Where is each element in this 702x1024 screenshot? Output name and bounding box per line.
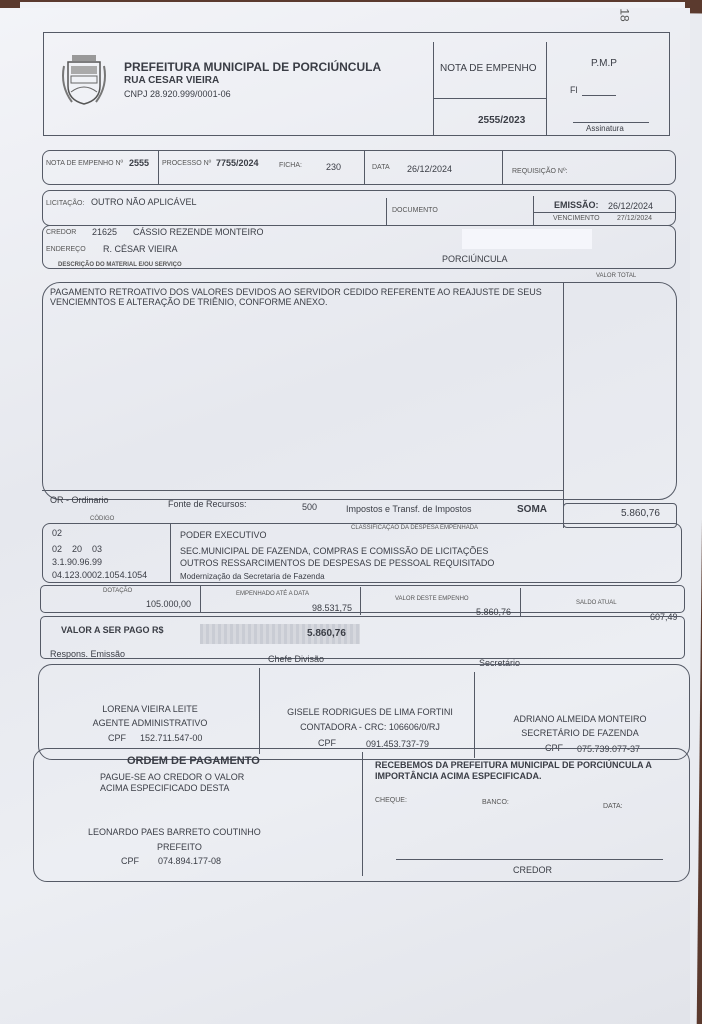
emissao-value: 26/12/2024: [608, 201, 653, 211]
signer-name: ADRIANO ALMEIDA MONTEIRO: [480, 714, 680, 724]
divider: [200, 585, 201, 613]
saldo-label: SALDO ATUAL: [576, 600, 617, 606]
fl-line: [582, 95, 616, 96]
documento-label: DOCUMENTO: [392, 207, 438, 214]
cheque-label: CHEQUE:: [375, 797, 407, 804]
class-desc: SEC.MUNICIPAL DE FAZENDA, COMPRAS E COMI…: [180, 546, 488, 556]
banco-label: BANCO:: [482, 799, 509, 806]
ficha-label: FICHA:: [279, 162, 302, 169]
values-box: [40, 585, 685, 613]
divider: [360, 587, 361, 615]
org-address: RUA CESAR VIEIRA: [124, 75, 219, 86]
dotacao-label: DOTAÇÃO: [103, 588, 132, 594]
municipal-crest-icon: [58, 52, 110, 108]
nota-value: 2555: [129, 158, 149, 168]
endereco-label: ENDEREÇO: [46, 246, 86, 253]
divider: [259, 668, 260, 754]
signature-label: Assinatura: [586, 124, 624, 133]
divider: [520, 588, 521, 616]
soma-label: SOMA: [517, 504, 547, 515]
valor-deste-label: VALOR DESTE EMPENHO: [395, 596, 469, 602]
endereco-value: R. CÉSAR VIEIRA: [103, 244, 178, 254]
credor-sig-label: CREDOR: [513, 865, 552, 875]
prefeito-cpf: 074.894.177-08: [158, 856, 221, 866]
description-box: [42, 282, 677, 500]
divider: [386, 198, 387, 226]
emissao-label: EMISSÃO:: [554, 200, 599, 210]
fonte-tipo: OR - Ordinario: [50, 495, 109, 505]
cpf-label: CPF: [318, 738, 336, 748]
licitacao-value: OUTRO NÃO APLICÁVEL: [91, 197, 197, 207]
signature-line: [573, 122, 649, 123]
signer-cpf: 152.711.547-00: [140, 733, 202, 743]
payment-box: [40, 616, 685, 659]
doc-type: NOTA DE EMPENHO: [440, 63, 537, 74]
class-desc: OUTROS RESSARCIMENTOS DE DESPESAS DE PES…: [180, 558, 494, 568]
ordem-text: PAGUE-SE AO CREDOR O VALOR ACIMA ESPECIF…: [100, 772, 250, 794]
requisicao-label: REQUISIÇÃO Nº:: [512, 168, 567, 175]
fonte-desc: Impostos e Transf. de Impostos: [346, 504, 472, 514]
codigo-label: CÓDIGO: [90, 516, 114, 522]
signer-role: SECRETÁRIO DE FAZENDA: [480, 728, 680, 738]
empenhado-value: 98.531,75: [312, 603, 352, 613]
dotacao-value: 105.000,00: [146, 599, 191, 609]
processo-label: PROCESSO Nº: [162, 160, 211, 167]
signer-name: LORENA VIEIRA LEITE: [60, 704, 240, 714]
class-desc: PODER EXECUTIVO: [180, 530, 267, 540]
ficha-value: 230: [326, 162, 341, 172]
divider: [502, 150, 503, 185]
credor-name: CÁSSIO REZENDE MONTEIRO: [133, 227, 264, 237]
divider: [433, 98, 546, 99]
empenhado-label: EMPENHADO ATÉ A DATA: [236, 591, 309, 597]
processo-value: 7755/2024: [216, 158, 259, 168]
payment-label: VALOR A SER PAGO R$: [61, 625, 164, 635]
divider: [563, 283, 564, 528]
credor-code: 21625: [92, 227, 117, 237]
signer-name: GISELE RODRIGUES DE LIMA FORTINI: [270, 707, 470, 717]
credor-signature-line: [396, 859, 663, 860]
divider: [474, 672, 475, 758]
cpf-label: CPF: [121, 856, 139, 866]
fonte-code: 500: [302, 502, 317, 512]
description-text: PAGAMENTO RETROATIVO DOS VALORES DEVIDOS…: [50, 287, 558, 307]
soma-value: 5.860,76: [621, 508, 660, 519]
valor-total-label: VALOR TOTAL: [596, 273, 636, 279]
nota-label: NOTA DE EMPENHO Nº: [46, 160, 123, 167]
pmp-label: P.M.P: [591, 58, 617, 69]
org-cnpj: CNPJ 28.920.999/0001-06: [124, 89, 231, 99]
signer-role: CONTADORA - CRC: 106606/0/RJ: [270, 722, 470, 732]
vencimento-value: 27/12/2024: [617, 215, 652, 222]
data-label: DATA: [372, 164, 390, 171]
divider: [533, 212, 676, 213]
divider: [533, 196, 534, 226]
prefeito-name: LEONARDO PAES BARRETO COUTINHO: [88, 827, 261, 837]
class-desc: Modernização da Secretaria de Fazenda: [180, 572, 325, 581]
doc-number: 2555/2023: [478, 115, 525, 126]
divider: [170, 523, 171, 583]
payment-value: 5.860,76: [307, 628, 346, 639]
licitacao-label: LICITAÇÃO:: [46, 200, 84, 207]
code-line: 02 20 03: [52, 544, 102, 554]
code-line: 02: [52, 528, 62, 538]
prefeito-role: PREFEITO: [157, 842, 202, 852]
code-line: 04.123.0002.1054.1054: [52, 570, 147, 580]
divider: [546, 42, 547, 136]
cpf-label: CPF: [108, 733, 126, 743]
ordem-title: ORDEM DE PAGAMENTO: [127, 755, 260, 767]
divider: [362, 752, 363, 876]
redacted-field: [462, 229, 592, 249]
sig-header: Chefe Divisão: [268, 654, 324, 664]
divider: [364, 150, 365, 185]
fl-label: Fl: [570, 85, 578, 95]
data-value: 26/12/2024: [407, 164, 452, 174]
signer-role: AGENTE ADMINISTRATIVO: [60, 718, 240, 728]
page-marker: 18: [618, 8, 632, 21]
city-value: PORCIÚNCULA: [442, 254, 508, 264]
sig-header: Respons. Emissão: [50, 649, 125, 659]
divider: [158, 150, 159, 185]
code-line: 3.1.90.96.99: [52, 557, 102, 567]
fonte-label: Fonte de Recursos:: [168, 499, 247, 509]
divider: [433, 42, 434, 136]
data-recibo-label: DATA:: [603, 803, 623, 810]
org-name: PREFEITURA MUNICIPAL DE PORCIÚNCULA: [124, 60, 381, 74]
recibo-text: RECEBEMOS DA PREFEITURA MUNICIPAL DE POR…: [375, 760, 690, 782]
vencimento-label: VENCIMENTO: [553, 215, 600, 222]
credor-label: CREDOR: [46, 229, 76, 236]
description-section-label: DESCRIÇÃO DO MATERIAL E/OU SERVIÇO: [58, 262, 182, 268]
